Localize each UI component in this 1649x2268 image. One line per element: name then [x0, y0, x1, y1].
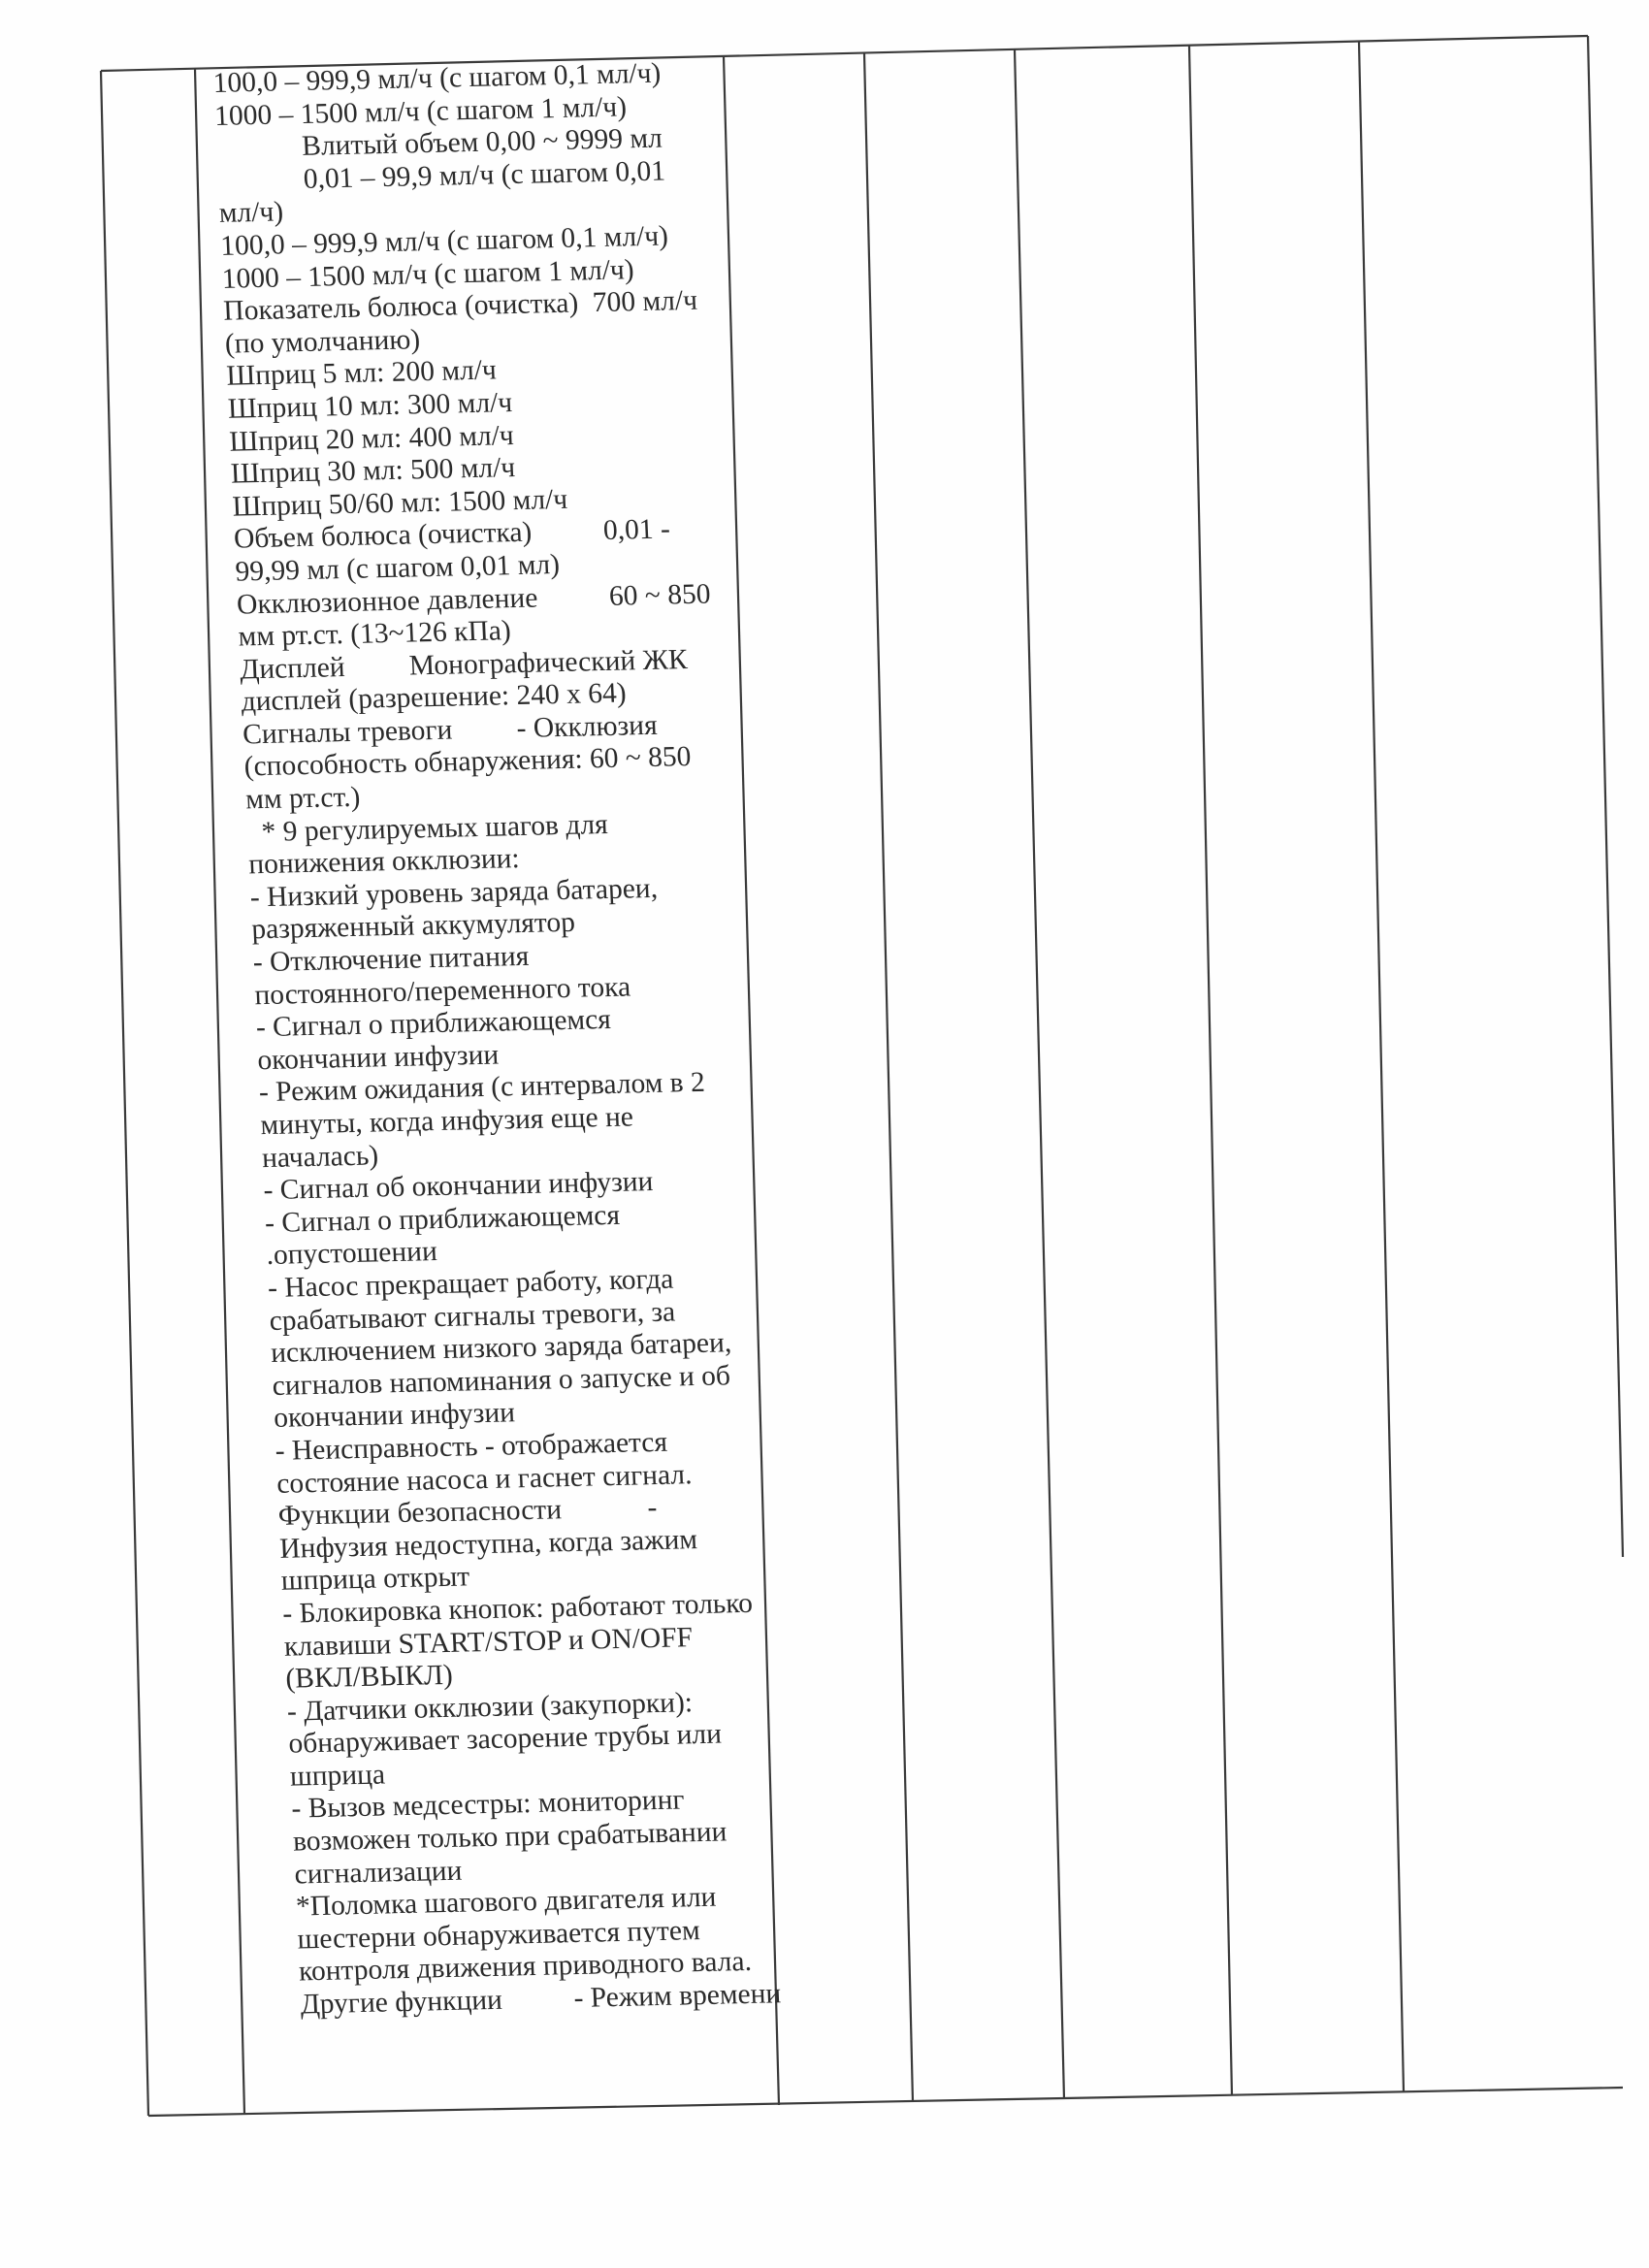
table-left-border: [101, 71, 148, 2116]
column-divider-3: [864, 53, 913, 2102]
table-right-border: [1588, 36, 1623, 1557]
specification-cell: 100,0 – 999,9 мл/ч (с шагом 0,1 мл/ч)100…: [212, 56, 824, 2022]
column-divider-5: [1189, 46, 1232, 2095]
scanned-page: 100,0 – 999,9 мл/ч (с шагом 0,1 мл/ч)100…: [0, 0, 1649, 2268]
column-divider-4: [1015, 49, 1064, 2099]
column-divider-6: [1359, 42, 1404, 2091]
table-bottom-border: [148, 2088, 1623, 2116]
